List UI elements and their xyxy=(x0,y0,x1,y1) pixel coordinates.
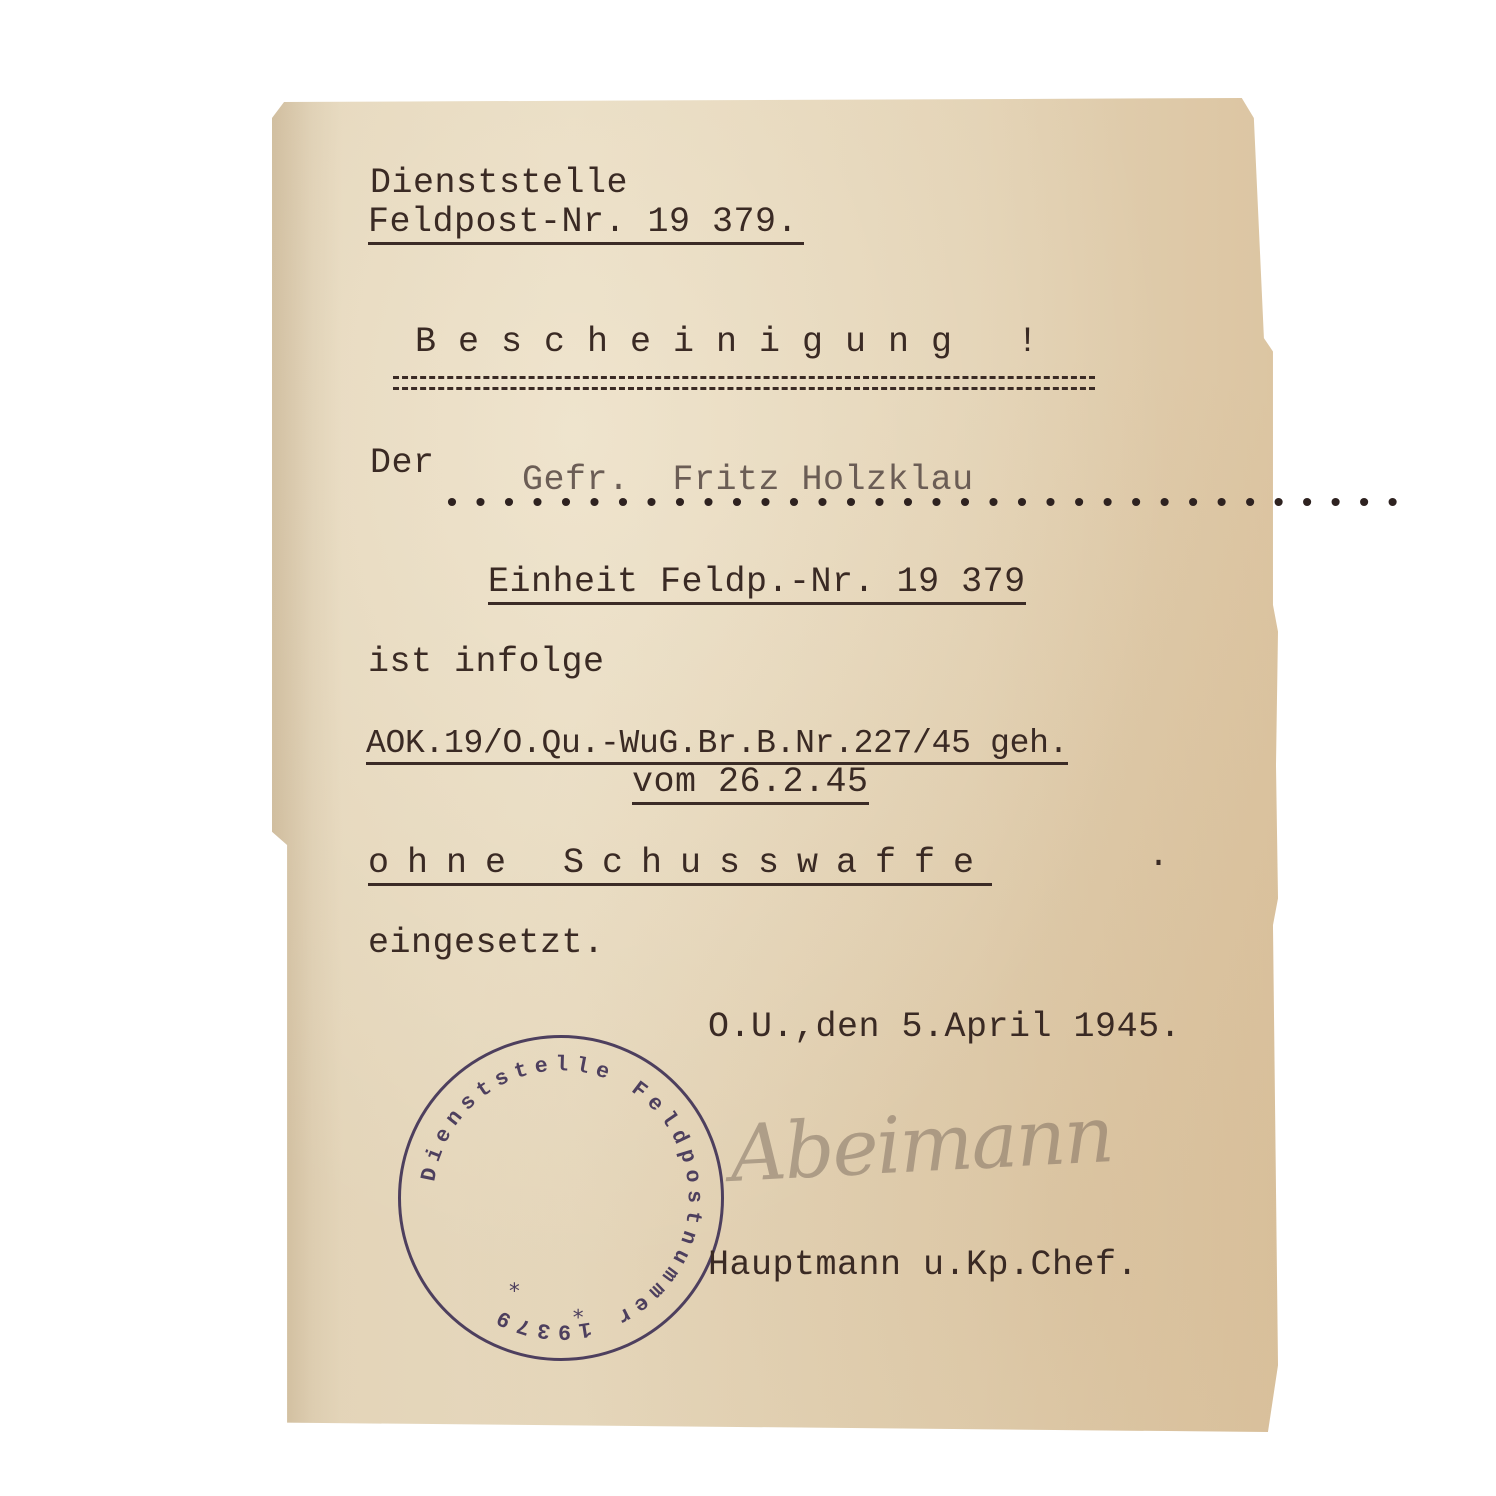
svg-text:*: * xyxy=(509,1279,520,1304)
svg-text:*: * xyxy=(573,1306,584,1331)
status-trailing-dot: · xyxy=(1148,846,1170,881)
status-text: ohne Schusswaffe xyxy=(368,846,992,886)
document-title: Bescheinigung ! xyxy=(415,325,1060,360)
order-reference: AOK.19/O.Qu.-WuG.Br.B.Nr.227/45 geh. xyxy=(366,727,1068,765)
order-date: vom 26.2.45 xyxy=(632,765,869,805)
eingesetzt-text: eingesetzt. xyxy=(368,926,605,961)
der-label: Der xyxy=(370,446,435,481)
signatory-title: Hauptmann u.Kp.Chef. xyxy=(708,1248,1138,1283)
dot-leader: •••••••••••••••••••••••••••••••••• xyxy=(443,488,1412,522)
field-post-number: Feldpost-Nr. 19 379. xyxy=(368,205,804,245)
fold-shadow xyxy=(272,98,342,1432)
place-date: O.U.,den 5.April 1945. xyxy=(708,1010,1181,1045)
svg-text:Dienststelle Feldpostnummer 19: Dienststelle Feldpostnummer 19379 xyxy=(417,1053,705,1342)
official-stamp: Dienststelle Feldpostnummer 19379 * * xyxy=(398,1035,724,1361)
stamp-ring-text-icon: Dienststelle Feldpostnummer 19379 * * xyxy=(401,1038,721,1358)
office-label: Dienststelle xyxy=(370,166,628,201)
unit-number: Einheit Feldp.-Nr. 19 379 xyxy=(488,565,1026,605)
title-double-rule xyxy=(393,376,1095,390)
ist-infolge-text: ist infolge xyxy=(368,645,605,680)
